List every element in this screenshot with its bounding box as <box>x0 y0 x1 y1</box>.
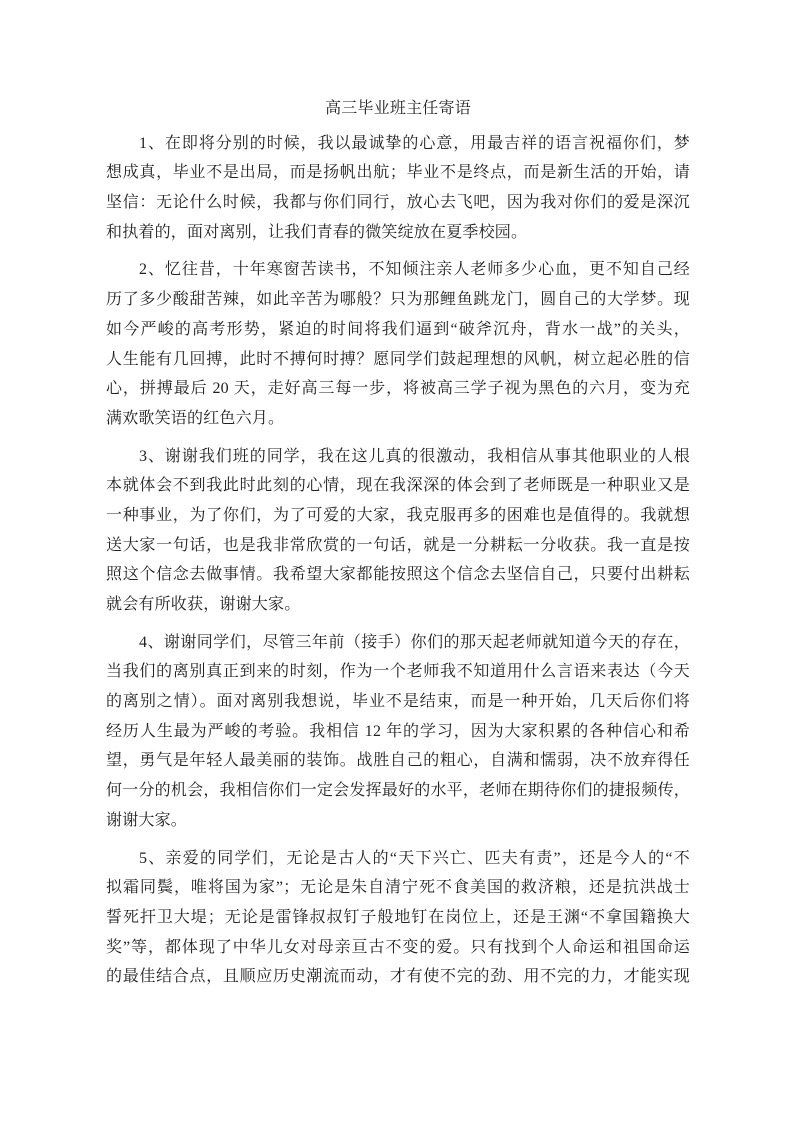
text-line: 心，拼搏最后 20 天，走好高三每一步，将被高三学子视为黑色的六月，变为充 <box>106 374 690 404</box>
paragraph: 5、亲爱的同学们，无论是古人的“天下兴亡、匹夫有责”，还是今人的“不拟霜同鬓，唯… <box>106 844 690 992</box>
document-content: 高三毕业班主任寄语 1、在即将分别的时候，我以最诚挚的心意，用最吉祥的语言祝福你… <box>106 94 690 1000</box>
text-line: 如今严峻的高考形势，紧迫的时间将我们逼到“破斧沉舟，背水一战”的关头， <box>106 315 690 345</box>
text-line: 想成真，毕业不是出局，而是扬帆出航；毕业不是终点，而是新生活的开始，请 <box>106 158 690 188</box>
text-line: 本就体会不到我此时此刻的心情，现在我深深的体会到了老师既是一种职业又是 <box>106 471 690 501</box>
text-line: 一种事业，为了你们，为了可爱的大家，我克服再多的困难也是值得的。我就想 <box>106 501 690 531</box>
text-line: 历了多少酸甜苦辣，如此辛苦为哪般？只为那鲤鱼跳龙门，圆自己的大学梦。现 <box>106 285 690 315</box>
paragraph-list: 1、在即将分别的时候，我以最诚挚的心意，用最吉祥的语言祝福你们，梦想成真，毕业不… <box>106 129 690 992</box>
text-line: 拟霜同鬓，唯将国为家”；无论是朱自清宁死不食美国的救济粮，还是抗洪战士 <box>106 873 690 903</box>
paragraph: 4、谢谢同学们，尽管三年前（接手）你们的那天起老师就知道今天的存在，当我们的离别… <box>106 628 690 836</box>
text-line: 誓死扞卫大堤；无论是雷锋叔叔钉子般地钉在岗位上，还是王渊“不拿国籍换大 <box>106 903 690 933</box>
text-line: 1、在即将分别的时候，我以最诚挚的心意，用最吉祥的语言祝福你们，梦 <box>106 129 690 159</box>
paragraph: 3、谢谢我们班的同学，我在这儿真的很激动，我相信从事其他职业的人根本就体会不到我… <box>106 442 690 620</box>
text-line: 就会有所收获，谢谢大家。 <box>106 590 690 620</box>
paragraph: 2、忆往昔，十年寒窗苦读书，不知倾注亲人老师多少心血，更不知自己经历了多少酸甜苦… <box>106 255 690 433</box>
text-line: 何一分的机会，我相信你们一定会发挥最好的水平，老师在期待你们的捷报频传， <box>106 776 690 806</box>
text-line: 的离别之情）。面对离别我想说，毕业不是结束，而是一种开始，几天后你们将 <box>106 687 690 717</box>
text-line: 送大家一句话，也是我非常欣赏的一句话，就是一分耕耘一分收获。我一直是按 <box>106 531 690 561</box>
text-line: 的最佳结合点，且顺应历史潮流而动，才有使不完的劲、用不完的力，才能实现 <box>106 962 690 992</box>
text-line: 2、忆往昔，十年寒窗苦读书，不知倾注亲人老师多少心血，更不知自己经 <box>106 255 690 285</box>
text-line: 坚信：无论什么时候，我都与你们同行，放心去飞吧，因为我对你们的爱是深沉 <box>106 188 690 218</box>
text-line: 照这个信念去做事情。我希望大家都能按照这个信念去坚信自己，只要付出耕耘 <box>106 560 690 590</box>
text-line: 经历人生最为严峻的考验。我相信 12 年的学习，因为大家积累的各种信心和希 <box>106 717 690 747</box>
text-line: 满欢歌笑语的红色六月。 <box>106 404 690 434</box>
document-title: 高三毕业班主任寄语 <box>106 94 690 124</box>
text-line: 和执着的，面对离别，让我们青春的微笑绽放在夏季校园。 <box>106 218 690 248</box>
text-line: 3、谢谢我们班的同学，我在这儿真的很激动，我相信从事其他职业的人根 <box>106 442 690 472</box>
text-line: 奖”等，都体现了中华儿女对母亲亘古不变的爱。只有找到个人命运和祖国命运 <box>106 933 690 963</box>
text-line: 人生能有几回搏，此时不搏何时搏？愿同学们鼓起理想的风帆，树立起必胜的信 <box>106 345 690 375</box>
text-line: 4、谢谢同学们，尽管三年前（接手）你们的那天起老师就知道今天的存在， <box>106 628 690 658</box>
text-line: 望，勇气是年轻人最美丽的装饰。战胜自己的粗心，自满和懦弱，决不放弃得任 <box>106 746 690 776</box>
text-line: 谢谢大家。 <box>106 806 690 836</box>
text-line: 当我们的离别真正到来的时刻，作为一个老师我不知道用什么言语来表达（今天 <box>106 657 690 687</box>
document-page: 高三毕业班主任寄语 1、在即将分别的时候，我以最诚挚的心意，用最吉祥的语言祝福你… <box>0 0 793 1122</box>
paragraph: 1、在即将分别的时候，我以最诚挚的心意，用最吉祥的语言祝福你们，梦想成真，毕业不… <box>106 129 690 248</box>
text-line: 5、亲爱的同学们，无论是古人的“天下兴亡、匹夫有责”，还是今人的“不 <box>106 844 690 874</box>
